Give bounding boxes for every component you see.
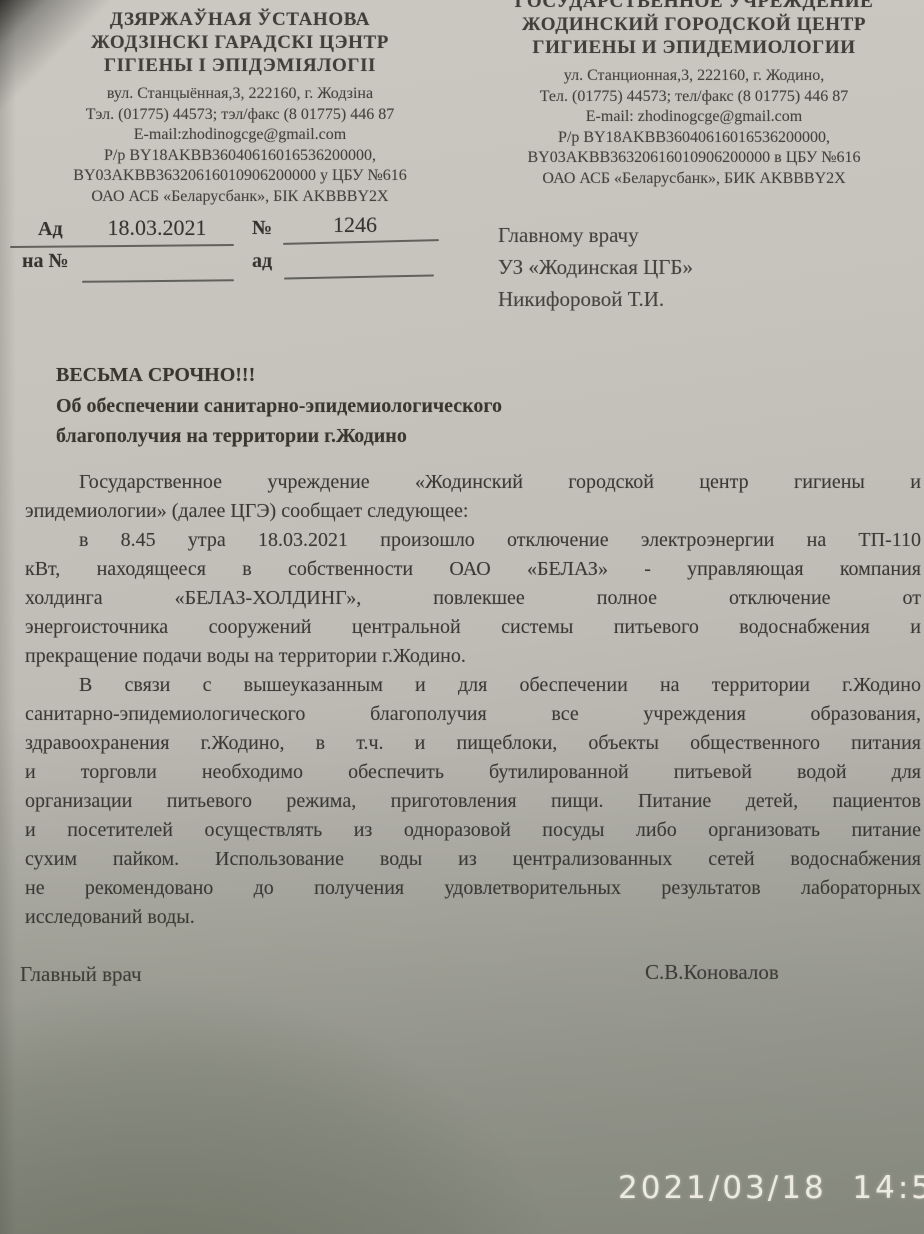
recipient-line: Никифоровой Т.И. xyxy=(498,283,918,315)
body-line: Государственное учреждение «Жодинский го… xyxy=(25,468,921,497)
photo-timestamp: 2021/03/18 14:51 xyxy=(618,1170,924,1206)
letterhead-address-line: Тел. (01775) 44573; тел/факс (8 01775) 4… xyxy=(466,87,922,108)
subject-line: благополучия на территории г.Жодино xyxy=(56,421,656,452)
recipient-line: Главному врачу xyxy=(498,219,918,251)
body-line: кВт, находящееся в собственности ОАО «БЕ… xyxy=(25,555,921,584)
letterhead-right-address: ул. Станционная,3, 222160, г. Жодино,Тел… xyxy=(466,66,922,189)
letterhead-org-line: ГИГИЕНЫ И ЭПИДЕМИОЛОГИИ xyxy=(466,36,922,59)
subject-block: ВЕСЬМА СРОЧНО!!!Об обеспечении санитарно… xyxy=(56,360,656,452)
body-line: и торговли необходимо обеспечить бутилир… xyxy=(25,758,921,787)
ref-number-label: № xyxy=(252,217,272,240)
ref-from-label: Ад xyxy=(38,218,63,241)
subject-line: Об обеспечении санитарно-эпидемиологичес… xyxy=(56,391,656,422)
body-line: санитарно-эпидемиологического благополуч… xyxy=(25,700,921,729)
body-line: холдинга «БЕЛАЗ-ХОЛДИНГ», повлекшее полн… xyxy=(25,584,921,613)
document-photo: ДЗЯРЖАЎНАЯ ЎСТАНОВАЖОДЗІНСКІ ГАРАДСКІ ЦЭ… xyxy=(0,0,924,1234)
body-line: в 8.45 утра 18.03.2021 произошло отключе… xyxy=(25,526,921,555)
signature-name: С.В.Коновалов xyxy=(645,960,779,985)
body-line: не рекомендовано до получения удовлетвор… xyxy=(25,874,921,903)
subject-line: ВЕСЬМА СРОЧНО!!! xyxy=(56,360,656,391)
ref-from-label2: ад xyxy=(252,250,272,273)
body-line: энергоисточника сооружений центральной с… xyxy=(25,613,921,642)
body-line: здравоохранения г.Жодино, в т.ч. и пищеб… xyxy=(25,729,921,758)
letterhead-org-line: ГОСУДАРСТВЕННОЕ УЧРЕЖДЕНИЕ xyxy=(466,0,922,13)
letterhead-org-line: ЖОДИНСКИЙ ГОРОДСКОЙ ЦЕНТР xyxy=(466,13,922,36)
letterhead-right-org: ГОСУДАРСТВЕННОЕ УЧРЕЖДЕНИЕЖОДИНСКИЙ ГОРО… xyxy=(466,0,922,59)
letterhead-address-line: ул. Станционная,3, 222160, г. Жодино, xyxy=(466,66,922,87)
body-line: прекращение подачи воды на территории г.… xyxy=(25,642,921,671)
ref-on-number-label: на № xyxy=(22,250,69,273)
letterhead-address-line: Р/р BY18AKBB36040616016536200000, xyxy=(466,128,922,149)
signature-title: Главный врач xyxy=(20,962,142,987)
recipient-line: УЗ «Жодинская ЦГБ» xyxy=(498,251,918,283)
ref-underline xyxy=(283,239,439,245)
ref-underline xyxy=(82,279,234,283)
recipient-block: Главному врачуУЗ «Жодинская ЦГБ»Никифоро… xyxy=(498,219,918,315)
letterhead-address-line: E-mail: zhodinogcge@gmail.com xyxy=(466,107,922,128)
letterhead-address-line: BY03AKBB36320616010906200000 в ЦБУ №616 xyxy=(466,148,922,169)
body-line: организации питьевого режима, приготовле… xyxy=(25,787,921,816)
reference-block: Ад 18.03.2021 № 1246 на № ад xyxy=(0,0,470,300)
body-line: исследований воды. xyxy=(25,903,921,932)
body-line: и посетителей осуществлять из одноразово… xyxy=(25,816,921,845)
body-line: эпидемиологии» (далее ЦГЭ) сообщает след… xyxy=(25,497,921,526)
ref-underline xyxy=(284,274,434,279)
body-line: В связи с вышеуказанным и для обеспечени… xyxy=(25,671,921,700)
body-line: сухим пайком. Использование воды из цент… xyxy=(25,845,921,874)
body-text: Государственное учреждение «Жодинский го… xyxy=(25,468,921,932)
ref-date-value: 18.03.2021 xyxy=(92,215,222,241)
ref-underline xyxy=(10,244,234,248)
letterhead-address-line: ОАО АСБ «Беларусбанк», БИК AKBBBY2X xyxy=(466,169,922,190)
ref-number-value: 1246 xyxy=(300,212,410,238)
